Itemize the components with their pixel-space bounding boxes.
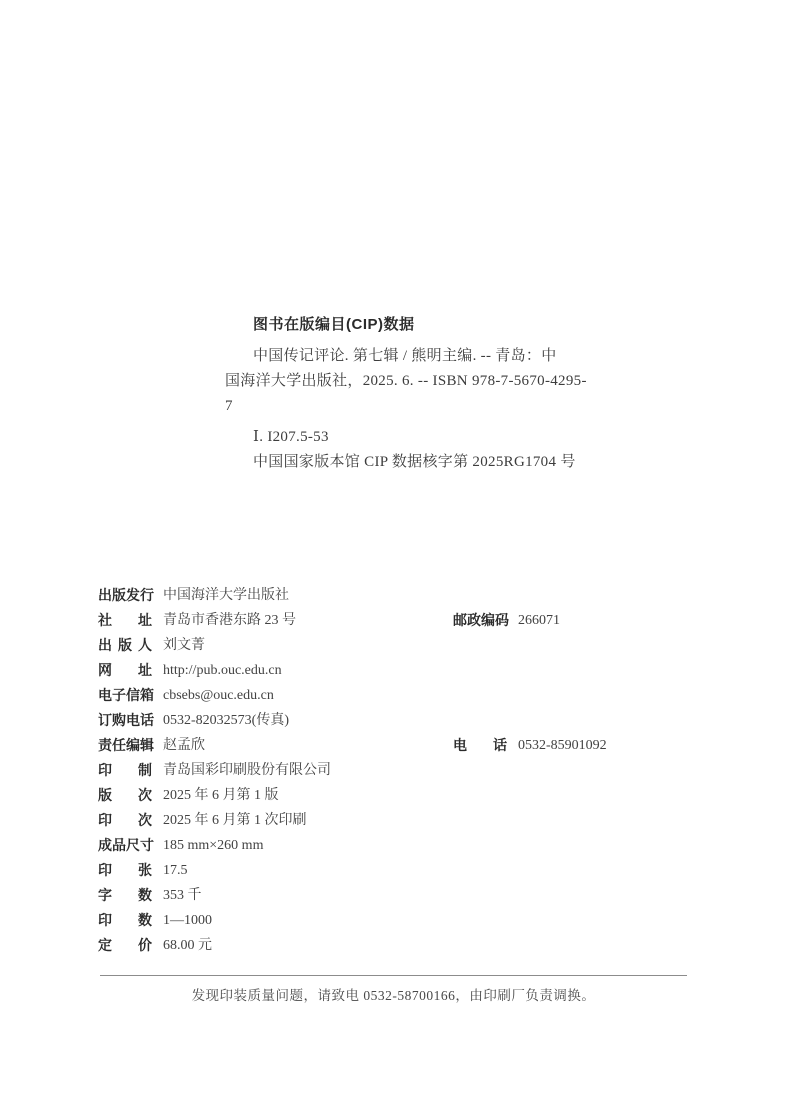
field-label: 印数 (98, 908, 152, 933)
row-address: 社址青岛市香港东路 23 号 邮政编码 266071 (98, 608, 718, 633)
field-label: 版次 (98, 783, 152, 808)
field-label: 订购电话 (98, 708, 152, 733)
field-label: 责任编辑 (98, 733, 152, 758)
field-value: 1—1000 (163, 913, 212, 928)
field-value: 185 mm×260 mm (163, 838, 263, 853)
cip-classification: Ⅰ. I207.5-53 (225, 425, 625, 450)
field-value: 刘文菁 (163, 638, 205, 653)
row-word-count: 字数353 千 (98, 883, 718, 908)
field-value: 赵孟欣 (163, 738, 205, 753)
cip-entry-line-1: 中国传记评论. 第七辑 / 熊明主编. -- 青岛：中 (225, 344, 625, 369)
row-price: 定价68.00 元 (98, 933, 718, 958)
field-label: 印次 (98, 808, 152, 833)
field-label: 出版人 (98, 633, 152, 658)
field-value: 2025 年 6 月第 1 次印刷 (163, 813, 307, 828)
cip-block: 图书在版编目(CIP)数据 中国传记评论. 第七辑 / 熊明主编. -- 青岛：… (225, 312, 625, 475)
field-label: 出版发行 (98, 583, 152, 608)
cip-entry-line-3: 7 (225, 394, 625, 419)
field-label: 印张 (98, 858, 152, 883)
row-impression: 印次2025 年 6 月第 1 次印刷 (98, 808, 718, 833)
field-label: 字数 (98, 883, 152, 908)
footer-divider (100, 975, 687, 976)
field-label: 社址 (98, 608, 152, 633)
postal-code-label: 邮政编码 (453, 608, 507, 633)
field-value: 68.00 元 (163, 938, 212, 953)
row-editor: 责任编辑赵孟欣 电话 0532-85901092 (98, 733, 718, 758)
phone-value: 0532-85901092 (518, 733, 607, 758)
cip-entry-line-2: 国海洋大学出版社，2025. 6. -- ISBN 978-7-5670-429… (225, 369, 625, 394)
row-trim-size: 成品尺寸185 mm×260 mm (98, 833, 718, 858)
row-edition: 版次2025 年 6 月第 1 版 (98, 783, 718, 808)
colophon-block: 出版发行中国海洋大学出版社 社址青岛市香港东路 23 号 邮政编码 266071… (98, 583, 718, 958)
field-value: 2025 年 6 月第 1 版 (163, 788, 279, 803)
field-value: 17.5 (163, 863, 188, 878)
row-printer: 印制青岛国彩印刷股份有限公司 (98, 758, 718, 783)
field-label: 电子信箱 (98, 683, 152, 708)
field-value: 青岛市香港东路 23 号 (163, 613, 296, 628)
copyright-page: 图书在版编目(CIP)数据 中国传记评论. 第七辑 / 熊明主编. -- 青岛：… (0, 0, 799, 1114)
postal-code-value: 266071 (518, 608, 560, 633)
field-label: 印制 (98, 758, 152, 783)
field-label: 成品尺寸 (98, 833, 152, 858)
row-website: 网址http://pub.ouc.edu.cn (98, 658, 718, 683)
cip-title: 图书在版编目(CIP)数据 (225, 312, 625, 338)
field-label: 网址 (98, 658, 152, 683)
field-label: 定价 (98, 933, 152, 958)
cip-registration: 中国国家版本馆 CIP 数据核字第 2025RG1704 号 (225, 450, 625, 475)
row-order-phone: 订购电话0532-82032573(传真) (98, 708, 718, 733)
row-sheets: 印张17.5 (98, 858, 718, 883)
website-url: http://pub.ouc.edu.cn (163, 663, 282, 678)
field-value: 青岛国彩印刷股份有限公司 (163, 763, 331, 778)
phone-label: 电话 (453, 733, 507, 758)
row-publisher-person: 出版人刘文菁 (98, 633, 718, 658)
row-print-run: 印数1—1000 (98, 908, 718, 933)
field-value: 353 千 (163, 888, 202, 903)
field-value: 中国海洋大学出版社 (163, 588, 289, 603)
quality-notice: 发现印装质量问题，请致电 0532-58700166，由印刷厂负责调换。 (100, 984, 687, 1008)
row-email: 电子信箱cbsebs@ouc.edu.cn (98, 683, 718, 708)
field-value: 0532-82032573(传真) (163, 713, 289, 728)
row-publisher: 出版发行中国海洋大学出版社 (98, 583, 718, 608)
email-value: cbsebs@ouc.edu.cn (163, 688, 274, 703)
